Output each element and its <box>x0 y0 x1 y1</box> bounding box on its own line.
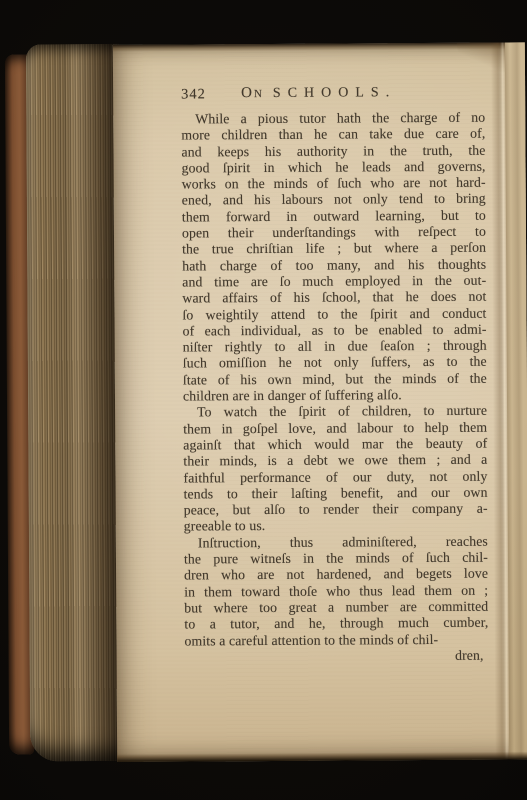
running-title-word-on: On <box>241 85 264 101</box>
paragraph: While a pious tutor hath the charge of n… <box>181 110 487 405</box>
text-line: open their underſtandings with reſpect t… <box>182 224 486 242</box>
text-line: the true chriſtian life ; but where a pe… <box>182 240 486 258</box>
catchword: dren, <box>455 647 484 662</box>
photo-background: 342 OnSchools. While a pious tutor hath … <box>0 0 527 800</box>
text-line: omits a careful attention to the minds o… <box>184 631 488 649</box>
text-line: tends to their laſting benefit, and our … <box>184 484 488 502</box>
text-line: greeable to us. <box>184 517 488 535</box>
text-line: againſt that which would mar the beauty … <box>183 436 487 454</box>
text-line: peace, but alſo to render their company … <box>184 501 488 519</box>
text-line: and keeps his authority in the truth, th… <box>181 142 485 160</box>
page-number: 342 <box>181 86 206 102</box>
text-line: good ſpirit in which he leads and govern… <box>182 159 486 177</box>
text-line: ſo weightily attend to the ſpirit and co… <box>182 305 486 323</box>
paragraph: Inſtruction, thus adminiſtered, reachest… <box>184 533 489 649</box>
page-body: While a pious tutor hath the charge of n… <box>181 110 488 650</box>
text-line: them forward in outward learning, but to <box>182 207 486 225</box>
text-line: dren who are not hardened, and begets lo… <box>184 566 488 584</box>
text-line: to a tutor, and he, through much cumber, <box>184 615 488 633</box>
text-line: faithful performance of our duty, not on… <box>183 468 487 486</box>
text-line: ſuch omiſſion he not only ſuffers, as to… <box>183 354 487 372</box>
text-line: niſter rightly to all in due ſeaſon ; th… <box>183 338 487 356</box>
page-edge-stack <box>26 44 123 762</box>
text-line: them in goſpel love, and labour to help … <box>183 419 487 437</box>
text-line: of each individual, as to be enabled to … <box>183 322 487 340</box>
text-line: in them toward thoſe who thus lead them … <box>184 582 488 600</box>
text-line: but where too great a number are committ… <box>184 599 488 617</box>
running-title-word-schools: Schools. <box>273 85 396 101</box>
catchword-line: dren, <box>185 647 489 665</box>
fore-edge <box>505 42 527 759</box>
text-line: ward affairs of his ſchool, that he does… <box>182 289 486 307</box>
paragraph: To watch the ſpirit of children, to nurt… <box>183 403 488 535</box>
text-line: more children than he can take due care … <box>181 126 485 144</box>
text-line: ened, and his labours not only tend to b… <box>182 191 486 209</box>
text-line: works on the minds of ſuch who are not h… <box>182 175 486 193</box>
text-line: children are in danger of ſuffering alſo… <box>183 387 487 405</box>
running-title: OnSchools. <box>241 84 396 102</box>
running-header: 342 OnSchools. <box>181 85 485 112</box>
text-line: their minds, is a debt we owe them ; and… <box>183 452 487 470</box>
text-line: To watch the ſpirit of children, to nurt… <box>183 403 487 421</box>
text-line: While a pious tutor hath the charge of n… <box>181 110 485 128</box>
book: 342 OnSchools. While a pious tutor hath … <box>4 38 527 763</box>
text-line: the pure witneſs in the minds of ſuch ch… <box>184 550 488 568</box>
text-line: hath charge of too many, and his thought… <box>182 256 486 274</box>
text-line: Inſtruction, thus adminiſtered, reaches <box>184 533 488 551</box>
text-line: and time are ſo much employed in the out… <box>182 273 486 291</box>
text-line: ſtate of his own mind, but the minds of … <box>183 370 487 388</box>
book-page: 342 OnSchools. While a pious tutor hath … <box>113 42 527 762</box>
printed-text-block: 342 OnSchools. While a pious tutor hath … <box>181 85 489 666</box>
